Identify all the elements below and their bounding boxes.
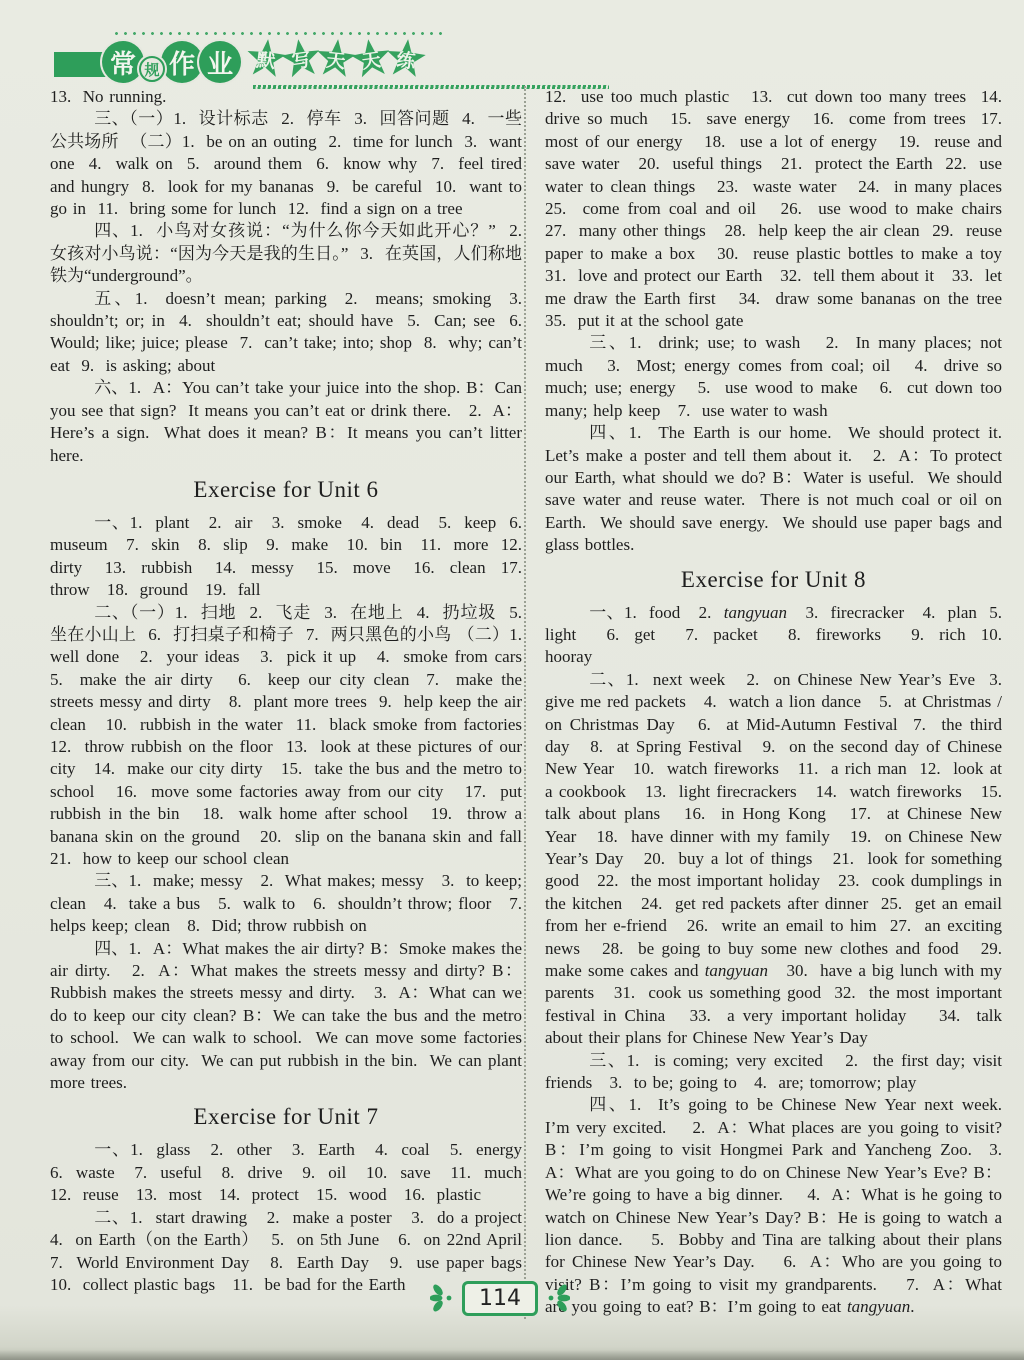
- answer-paragraph: 一、1. plant 2. air 3. smoke 4. dead 5. ke…: [50, 512, 522, 602]
- answer-paragraph: 三、1. make; messy 2. What makes; messy 3.…: [50, 870, 522, 937]
- unit-heading: Exercise for Unit 6: [50, 476, 522, 504]
- answer-paragraph: 三、（一）1. 设计标志 2. 停车 3. 回答问题 4. 一些公共场所 （二）…: [50, 108, 522, 220]
- answer-paragraph: 二、1. next week 2. on Chinese New Year’s …: [545, 669, 1002, 1050]
- right-column: 12. use too much plastic 13. cut down to…: [524, 86, 1002, 1319]
- logo-title-char: 作: [161, 41, 203, 83]
- answer-paragraph: 一、1. food 2. tangyuan 3. firecracker 4. …: [545, 602, 1002, 669]
- logo-title-char: 业: [199, 41, 241, 83]
- answer-paragraph: 三、1. is coming; very excited 2. the firs…: [545, 1050, 1002, 1095]
- answer-paragraph: 12. use too much plastic 13. cut down to…: [545, 86, 1002, 332]
- left-column: 13. No running.三、（一）1. 设计标志 2. 停车 3. 回答问…: [50, 86, 522, 1319]
- page-ornament-left-icon: [430, 1283, 456, 1313]
- answer-paragraph: 四、1. A：What makes the air dirty? B：Smoke…: [50, 938, 522, 1095]
- unit-heading: Exercise for Unit 7: [50, 1103, 522, 1131]
- answer-paragraph: 一、1. glass 2. other 3. Earth 4. coal 5. …: [50, 1139, 522, 1206]
- answer-paragraph: 四、1. 小鸟对女孩说：“为什么你今天如此开心？” 2. 女孩对小鸟说：“因为今…: [50, 220, 522, 287]
- logo-subtitle-char: 天: [348, 36, 393, 81]
- logo-subtitle-char: 练: [384, 37, 428, 81]
- answer-paragraph: 四、1. The Earth is our home. We should pr…: [545, 422, 1002, 556]
- page-footer: 114: [0, 1276, 1024, 1320]
- logo-sub-chars: 默写天天练: [251, 39, 426, 85]
- answer-paragraph: 三、1. drink; use; to wash 2. In many plac…: [545, 332, 1002, 422]
- header-logo: 常规作业 默写天天练: [54, 36, 426, 88]
- answer-paragraph: 13. No running.: [50, 86, 522, 108]
- logo-title-char: 常: [102, 41, 144, 83]
- answer-columns: 13. No running.三、（一）1. 设计标志 2. 停车 3. 回答问…: [0, 86, 1024, 1319]
- logo-subtitle-char: 写: [278, 36, 323, 81]
- workbook-answer-page: 常规作业 默写天天练 13. No running.三、（一）1. 设计标志 2…: [0, 0, 1024, 1360]
- unit-heading: Exercise for Unit 8: [545, 566, 1002, 594]
- logo-subtitle-char: 默: [244, 37, 288, 81]
- logo-main-chars: 常规作业: [106, 41, 241, 83]
- page-ornament-right-icon: [544, 1283, 570, 1313]
- page-bottom-edge: [0, 1350, 1024, 1360]
- logo-subtitle-char: 天: [314, 37, 358, 81]
- answer-paragraph: 二、（一）1. 扫地 2. 飞走 3. 在地上 4. 扔垃圾 5. 坐在小山上 …: [50, 602, 522, 871]
- answer-paragraph: 五、1. doesn’t mean; parking 2. means; smo…: [50, 288, 522, 378]
- answer-paragraph: 六、1. A：You can’t take your juice into th…: [50, 377, 522, 467]
- page-number-badge: 114: [430, 1281, 570, 1316]
- logo-title-char: 规: [139, 56, 165, 82]
- page-number: 114: [462, 1281, 538, 1316]
